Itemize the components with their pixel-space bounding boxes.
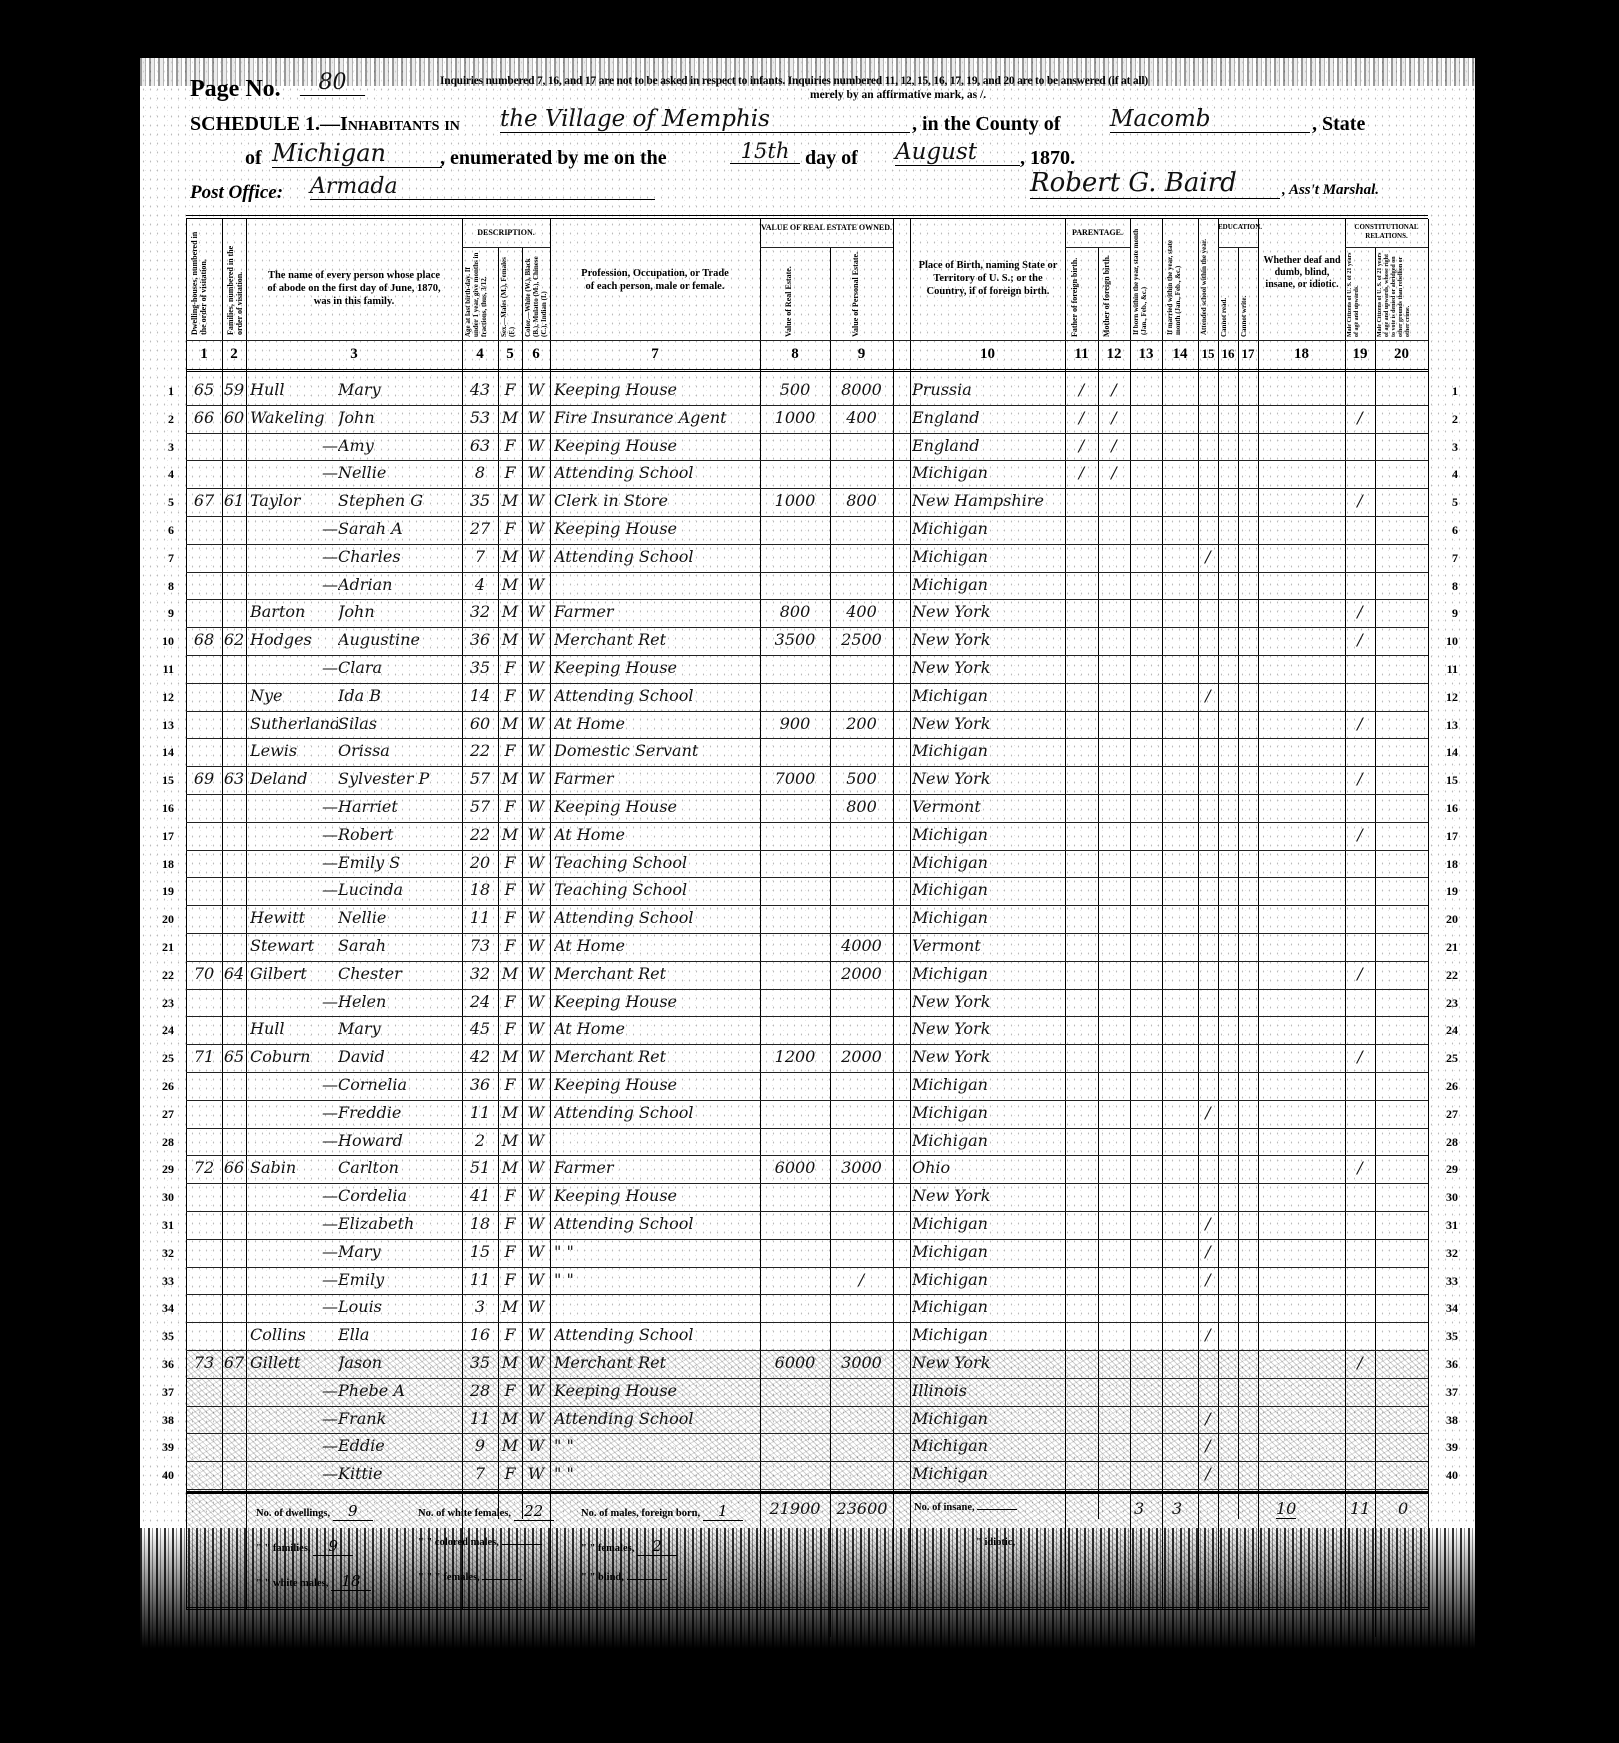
colored-males-count bbox=[502, 1544, 542, 1545]
cell-age: 43 bbox=[462, 377, 498, 404]
cell-birthplace: Michigan bbox=[912, 877, 1065, 904]
cell-family bbox=[222, 1016, 246, 1043]
table-row: 22227064GilbertChester32MWMerchant Ret20… bbox=[186, 961, 1428, 989]
line-number: 33 bbox=[1436, 1274, 1458, 1289]
group-rule bbox=[462, 247, 550, 248]
cell-color: W bbox=[522, 1072, 550, 1099]
cell-family bbox=[222, 1267, 246, 1294]
col5-header: Sex.—Males (M.), Females (F.) bbox=[500, 251, 522, 337]
cell-school bbox=[1198, 1155, 1218, 1182]
line-number: 30 bbox=[1436, 1190, 1458, 1205]
cell-real bbox=[760, 877, 830, 904]
cell-school bbox=[1198, 822, 1218, 849]
cell-given: Robert bbox=[338, 822, 462, 849]
cell-age: 42 bbox=[462, 1044, 498, 1071]
cell-dwelling bbox=[186, 1183, 222, 1210]
cell-personal: 400 bbox=[830, 405, 893, 432]
line-number: 14 bbox=[152, 745, 174, 760]
cell-school: / bbox=[1198, 683, 1218, 710]
cell-family bbox=[222, 877, 246, 904]
cell-birthplace: Ohio bbox=[912, 1155, 1065, 1182]
cell-real bbox=[760, 1267, 830, 1294]
table-row: 25257165CoburnDavid42MWMerchant Ret12002… bbox=[186, 1044, 1428, 1072]
cell-occupation: Keeping House bbox=[554, 1183, 760, 1210]
cell-family bbox=[222, 933, 246, 960]
cell-color: W bbox=[522, 961, 550, 988]
cell-age: 32 bbox=[462, 599, 498, 626]
white-males-count: 18 bbox=[331, 1572, 371, 1591]
cell-personal bbox=[830, 1211, 893, 1238]
cell-given: Amy bbox=[338, 433, 462, 460]
cell-birthplace: Michigan bbox=[912, 1239, 1065, 1266]
col-number: 10 bbox=[910, 341, 1065, 367]
cell-color: W bbox=[522, 1267, 550, 1294]
cell-sex: F bbox=[498, 738, 522, 765]
cell-age: 35 bbox=[462, 655, 498, 682]
cell-surname: — bbox=[250, 822, 338, 849]
cell-dwelling bbox=[186, 738, 222, 765]
state-label: , State bbox=[1312, 113, 1365, 136]
summary-idiotic: " idiotic, bbox=[976, 1537, 1015, 1548]
cell-sex: F bbox=[498, 1322, 522, 1349]
cell-real bbox=[760, 1183, 830, 1210]
cell-mother-foreign bbox=[1098, 822, 1130, 849]
cell-given: Nellie bbox=[338, 460, 462, 487]
cell-real bbox=[760, 794, 830, 821]
cell-birthplace: New York bbox=[912, 766, 1065, 793]
cell-birthplace: New York bbox=[912, 627, 1065, 654]
cell-real bbox=[760, 738, 830, 765]
line-number: 2 bbox=[152, 412, 174, 427]
cell-personal bbox=[830, 544, 893, 571]
cell-sex: M bbox=[498, 1100, 522, 1127]
cell-personal bbox=[830, 1294, 893, 1321]
line-number: 1 bbox=[1436, 384, 1458, 399]
cell-personal bbox=[830, 1322, 893, 1349]
cell-school bbox=[1198, 1183, 1218, 1210]
cell-family: 59 bbox=[222, 377, 246, 404]
table-row: 3535CollinsElla16FWAttending SchoolMichi… bbox=[186, 1322, 1428, 1350]
group-rule bbox=[1218, 247, 1258, 248]
cell-mother-foreign bbox=[1098, 877, 1130, 904]
cell-school bbox=[1198, 1128, 1218, 1155]
cell-family bbox=[222, 460, 246, 487]
cell-sex: F bbox=[498, 1016, 522, 1043]
table-row: 88—Adrian4MWMichigan bbox=[186, 572, 1428, 600]
cell-mother-foreign bbox=[1098, 794, 1130, 821]
cell-surname: — bbox=[250, 655, 338, 682]
cell-surname: — bbox=[250, 1294, 338, 1321]
cell-age: 7 bbox=[462, 544, 498, 571]
post-office-label: Post Office: bbox=[190, 182, 283, 204]
cell-surname: Hull bbox=[250, 1016, 338, 1043]
cell-citizen bbox=[1345, 377, 1375, 404]
cell-father-foreign bbox=[1065, 877, 1098, 904]
cell-color: W bbox=[522, 683, 550, 710]
cell-color: W bbox=[522, 877, 550, 904]
foreign-males-count: 1 bbox=[703, 1502, 743, 1521]
col-number: 3 bbox=[246, 341, 462, 367]
cell-color: W bbox=[522, 405, 550, 432]
line-number: 26 bbox=[152, 1079, 174, 1094]
table-row: 3434—Louis3MWMichigan bbox=[186, 1294, 1428, 1322]
cell-age: 24 bbox=[462, 989, 498, 1016]
cell-personal: 800 bbox=[830, 488, 893, 515]
line-number: 36 bbox=[1436, 1357, 1458, 1372]
of-label: of bbox=[245, 147, 262, 170]
cell-family bbox=[222, 1100, 246, 1127]
line-number: 6 bbox=[152, 523, 174, 538]
cell-dwelling bbox=[186, 989, 222, 1016]
cell-personal bbox=[830, 1183, 893, 1210]
cell-occupation: Farmer bbox=[554, 599, 760, 626]
instructions-line-1: Inquiries numbered 7, 16, and 17 are not… bbox=[440, 75, 1148, 87]
cell-father-foreign bbox=[1065, 599, 1098, 626]
col3-header: The name of every person whose place of … bbox=[266, 269, 442, 308]
cell-family bbox=[222, 905, 246, 932]
cell-dwelling bbox=[186, 1072, 222, 1099]
dwellings-count: 9 bbox=[333, 1502, 373, 1521]
cell-occupation: Attending School bbox=[554, 1211, 760, 1238]
cell-father-foreign bbox=[1065, 961, 1098, 988]
line-number: 38 bbox=[152, 1413, 174, 1428]
col-number: 18 bbox=[1258, 341, 1345, 367]
cell-occupation bbox=[554, 1128, 760, 1155]
line-number: 38 bbox=[1436, 1413, 1458, 1428]
schedule-label: SCHEDULE 1.—Inhabitants in bbox=[190, 113, 460, 136]
cell-personal: 200 bbox=[830, 711, 893, 738]
cell-age: 11 bbox=[462, 1100, 498, 1127]
cell-age: 3 bbox=[462, 1294, 498, 1321]
cell-color: W bbox=[522, 1322, 550, 1349]
cell-citizen bbox=[1345, 1294, 1375, 1321]
cell-occupation: Keeping House bbox=[554, 989, 760, 1016]
cell-dwelling bbox=[186, 1294, 222, 1321]
table-row: 66—Sarah A27FWKeeping HouseMichigan bbox=[186, 516, 1428, 544]
cell-citizen bbox=[1345, 877, 1375, 904]
cell-real bbox=[760, 433, 830, 460]
cell-school bbox=[1198, 905, 1218, 932]
summary-foreign-males: No. of males, foreign born, 1 bbox=[581, 1502, 743, 1521]
cell-occupation: At Home bbox=[554, 933, 760, 960]
cell-surname: Sabin bbox=[250, 1155, 338, 1182]
table-row: 1414LewisOrissa22FWDomestic ServantMichi… bbox=[186, 738, 1428, 766]
line-number: 8 bbox=[1436, 579, 1458, 594]
cell-occupation: At Home bbox=[554, 822, 760, 849]
cell-birthplace: Michigan bbox=[912, 1211, 1065, 1238]
cell-father-foreign bbox=[1065, 766, 1098, 793]
line-number: 18 bbox=[152, 857, 174, 872]
cell-family bbox=[222, 433, 246, 460]
cell-given: Elizabeth bbox=[338, 1211, 462, 1238]
line-number: 10 bbox=[152, 634, 174, 649]
cell-school bbox=[1198, 961, 1218, 988]
line-number: 10 bbox=[1436, 634, 1458, 649]
cell-sex: F bbox=[498, 794, 522, 821]
cell-dwelling: 72 bbox=[186, 1155, 222, 1182]
cell-color: W bbox=[522, 850, 550, 877]
cell-school bbox=[1198, 877, 1218, 904]
cell-occupation: Clerk in Store bbox=[554, 488, 760, 515]
cell-real bbox=[760, 572, 830, 599]
cell-age: 14 bbox=[462, 683, 498, 710]
cell-dwelling bbox=[186, 655, 222, 682]
cell-personal bbox=[830, 1100, 893, 1127]
cell-given: David bbox=[338, 1044, 462, 1071]
cell-sex: F bbox=[498, 905, 522, 932]
cell-sex: M bbox=[498, 766, 522, 793]
line-number: 24 bbox=[1436, 1023, 1458, 1038]
col16-header: Cannot read. bbox=[1220, 251, 1236, 337]
line-number: 20 bbox=[1436, 912, 1458, 927]
foreign-females-count: 2 bbox=[637, 1537, 677, 1556]
cell-mother-foreign bbox=[1098, 1044, 1130, 1071]
cell-color: W bbox=[522, 822, 550, 849]
col-number: 19 bbox=[1345, 341, 1375, 367]
line-number: 3 bbox=[152, 440, 174, 455]
line-number: 25 bbox=[1436, 1051, 1458, 1066]
table-row: 77—Charles7MWAttending SchoolMichigan/ bbox=[186, 544, 1428, 572]
line-number: 29 bbox=[152, 1162, 174, 1177]
cell-family: 63 bbox=[222, 766, 246, 793]
cell-given: Carlton bbox=[338, 1155, 462, 1182]
insane-count bbox=[977, 1509, 1017, 1510]
line-number: 17 bbox=[152, 829, 174, 844]
cell-father-foreign bbox=[1065, 683, 1098, 710]
line-number: 27 bbox=[152, 1107, 174, 1122]
cell-mother-foreign: / bbox=[1098, 433, 1130, 460]
cell-dwelling bbox=[186, 433, 222, 460]
county-label: , in the County of bbox=[912, 113, 1060, 136]
description-group-title: DESCRIPTION. bbox=[462, 227, 550, 238]
cell-citizen bbox=[1345, 1267, 1375, 1294]
cell-given: Ella bbox=[338, 1322, 462, 1349]
cell-surname: — bbox=[250, 544, 338, 571]
cell-surname: — bbox=[250, 1239, 338, 1266]
col-divider bbox=[1428, 219, 1429, 1609]
cell-school bbox=[1198, 433, 1218, 460]
cell-mother-foreign bbox=[1098, 933, 1130, 960]
cell-birthplace: Michigan bbox=[912, 460, 1065, 487]
col-number: 5 bbox=[498, 341, 522, 367]
cell-school bbox=[1198, 933, 1218, 960]
col4-header: Age at last birth-day. If under 1 year, … bbox=[464, 251, 496, 337]
cell-given: Mary bbox=[338, 1239, 462, 1266]
cell-birthplace: Michigan bbox=[912, 1294, 1065, 1321]
cell-surname: Hodges bbox=[250, 627, 338, 654]
cell-school bbox=[1198, 1072, 1218, 1099]
cell-citizen bbox=[1345, 1016, 1375, 1043]
cell-birthplace: New York bbox=[912, 1183, 1065, 1210]
cell-dwelling bbox=[186, 711, 222, 738]
cell-personal bbox=[830, 1239, 893, 1266]
line-number: 21 bbox=[1436, 940, 1458, 955]
cell-sex: F bbox=[498, 516, 522, 543]
line-number: 26 bbox=[1436, 1079, 1458, 1094]
table-row: 556761TaylorStephen G35MWClerk in Store1… bbox=[186, 488, 1428, 516]
cell-sex: F bbox=[498, 655, 522, 682]
cell-mother-foreign bbox=[1098, 1016, 1130, 1043]
cell-dwelling bbox=[186, 1239, 222, 1266]
cell-citizen bbox=[1345, 933, 1375, 960]
cell-dwelling bbox=[186, 1322, 222, 1349]
cell-father-foreign bbox=[1065, 933, 1098, 960]
table-row: 226660WakelingJohn53MWFire Insurance Age… bbox=[186, 405, 1428, 433]
cell-citizen bbox=[1345, 1128, 1375, 1155]
cell-surname: — bbox=[250, 1072, 338, 1099]
line-number: 19 bbox=[152, 884, 174, 899]
cell-birthplace: Michigan bbox=[912, 1267, 1065, 1294]
cell-citizen bbox=[1345, 794, 1375, 821]
cell-age: 53 bbox=[462, 405, 498, 432]
cell-school bbox=[1198, 1016, 1218, 1043]
cell-color: W bbox=[522, 488, 550, 515]
cell-color: W bbox=[522, 1239, 550, 1266]
county-name: Macomb bbox=[1110, 106, 1310, 133]
col20-header: Male Citizens of U. S. of 21 years of ag… bbox=[1377, 249, 1427, 337]
table-row: 116559HullMary43FWKeeping House5008000Pr… bbox=[186, 377, 1428, 405]
cell-citizen: / bbox=[1345, 1044, 1375, 1071]
cell-school bbox=[1198, 516, 1218, 543]
cell-dwelling: 70 bbox=[186, 961, 222, 988]
cell-birthplace: New York bbox=[912, 1044, 1065, 1071]
cell-surname: — bbox=[250, 989, 338, 1016]
line-number: 35 bbox=[152, 1329, 174, 1344]
cell-school: / bbox=[1198, 1100, 1218, 1127]
cell-birthplace: Michigan bbox=[912, 1128, 1065, 1155]
cell-given: Cornelia bbox=[338, 1072, 462, 1099]
cell-family bbox=[222, 850, 246, 877]
post-office-value: Armada bbox=[310, 174, 655, 200]
cell-occupation: Keeping House bbox=[554, 516, 760, 543]
line-number: 35 bbox=[1436, 1329, 1458, 1344]
cell-father-foreign bbox=[1065, 1128, 1098, 1155]
cell-school bbox=[1198, 850, 1218, 877]
cell-father-foreign bbox=[1065, 516, 1098, 543]
cell-father-foreign bbox=[1065, 627, 1098, 654]
cell-dwelling bbox=[186, 905, 222, 932]
cell-mother-foreign bbox=[1098, 516, 1130, 543]
cell-color: W bbox=[522, 599, 550, 626]
col-number: 14 bbox=[1162, 341, 1198, 367]
cell-occupation: Keeping House bbox=[554, 1072, 760, 1099]
cell-real: 800 bbox=[760, 599, 830, 626]
cell-color: W bbox=[522, 377, 550, 404]
cell-school bbox=[1198, 655, 1218, 682]
col-number: 17 bbox=[1238, 341, 1258, 367]
cell-mother-foreign bbox=[1098, 683, 1130, 710]
cell-occupation: Merchant Ret bbox=[554, 961, 760, 988]
cell-sex: M bbox=[498, 1044, 522, 1071]
cell-sex: F bbox=[498, 1267, 522, 1294]
cell-sex: F bbox=[498, 1072, 522, 1099]
line-number: 2 bbox=[1436, 412, 1458, 427]
table-row: 1212NyeIda B14FWAttending SchoolMichigan… bbox=[186, 683, 1428, 711]
cell-age: 18 bbox=[462, 1211, 498, 1238]
cell-school bbox=[1198, 1294, 1218, 1321]
cell-age: 63 bbox=[462, 433, 498, 460]
line-number: 31 bbox=[1436, 1218, 1458, 1233]
cell-dwelling bbox=[186, 794, 222, 821]
cell-father-foreign bbox=[1065, 1072, 1098, 1099]
cell-dwelling bbox=[186, 822, 222, 849]
cell-citizen bbox=[1345, 738, 1375, 765]
cell-birthplace: Michigan bbox=[912, 572, 1065, 599]
cell-citizen: / bbox=[1345, 488, 1375, 515]
cell-age: 45 bbox=[462, 1016, 498, 1043]
cell-personal: 2000 bbox=[830, 1044, 893, 1071]
line-number: 12 bbox=[1436, 690, 1458, 705]
cell-family: 60 bbox=[222, 405, 246, 432]
cell-mother-foreign bbox=[1098, 1072, 1130, 1099]
cell-personal bbox=[830, 1016, 893, 1043]
cell-personal: 3000 bbox=[830, 1155, 893, 1182]
white-females-count: 22 bbox=[514, 1502, 554, 1521]
table-row: 99BartonJohn32MWFarmer800400New York/ bbox=[186, 599, 1428, 627]
cell-citizen bbox=[1345, 544, 1375, 571]
col7-header: Profession, Occupation, or Trade of each… bbox=[580, 267, 730, 293]
cell-school: / bbox=[1198, 544, 1218, 571]
cell-birthplace: Prussia bbox=[912, 377, 1065, 404]
cell-color: W bbox=[522, 1155, 550, 1182]
cell-birthplace: Michigan bbox=[912, 516, 1065, 543]
cell-given: Emily bbox=[338, 1267, 462, 1294]
cell-sex: M bbox=[498, 488, 522, 515]
cell-family: 62 bbox=[222, 627, 246, 654]
real-estate-total: 21900 bbox=[762, 1499, 828, 1518]
cell-school bbox=[1198, 405, 1218, 432]
cell-citizen bbox=[1345, 1183, 1375, 1210]
marshal-label: , Ass't Marshal. bbox=[1282, 182, 1379, 199]
table-row: 10106862HodgesAugustine36MWMerchant Ret3… bbox=[186, 627, 1428, 655]
cell-dwelling: 71 bbox=[186, 1044, 222, 1071]
cell-color: W bbox=[522, 794, 550, 821]
cell-color: W bbox=[522, 655, 550, 682]
cell-school bbox=[1198, 572, 1218, 599]
cell-family bbox=[222, 1294, 246, 1321]
cell-dwelling: 65 bbox=[186, 377, 222, 404]
cell-personal: 500 bbox=[830, 766, 893, 793]
cell-birthplace: New Hampshire bbox=[912, 488, 1065, 515]
cell-personal: 4000 bbox=[830, 933, 893, 960]
cell-mother-foreign bbox=[1098, 766, 1130, 793]
cell-age: 18 bbox=[462, 877, 498, 904]
line-number: 6 bbox=[1436, 523, 1458, 538]
table-row: 2424HullMary45FWAt HomeNew York bbox=[186, 1016, 1428, 1044]
cell-school bbox=[1198, 627, 1218, 654]
table-row: 3131—Elizabeth18FWAttending SchoolMichig… bbox=[186, 1211, 1428, 1239]
col-number: 16 bbox=[1218, 341, 1238, 367]
scan-degradation bbox=[186, 1349, 1428, 1607]
line-number: 12 bbox=[152, 690, 174, 705]
cell-surname: — bbox=[250, 433, 338, 460]
cell-color: W bbox=[522, 433, 550, 460]
col-number: 20 bbox=[1375, 341, 1428, 367]
line-number: 27 bbox=[1436, 1107, 1458, 1122]
table-row: 2020HewittNellie11FWAttending SchoolMich… bbox=[186, 905, 1428, 933]
cell-personal bbox=[830, 516, 893, 543]
enumeration-year: , 1870. bbox=[1020, 147, 1075, 170]
cell-family: 64 bbox=[222, 961, 246, 988]
cell-birthplace: New York bbox=[912, 655, 1065, 682]
table-row: 1919—Lucinda18FWTeaching SchoolMichigan bbox=[186, 877, 1428, 905]
col-number: 2 bbox=[222, 341, 246, 367]
cell-birthplace: Michigan bbox=[912, 683, 1065, 710]
cell-mother-foreign bbox=[1098, 1267, 1130, 1294]
table-row: 2727—Freddie11MWAttending SchoolMichigan… bbox=[186, 1100, 1428, 1128]
cell-mother-foreign bbox=[1098, 1155, 1130, 1182]
cell-surname: Nye bbox=[250, 683, 338, 710]
